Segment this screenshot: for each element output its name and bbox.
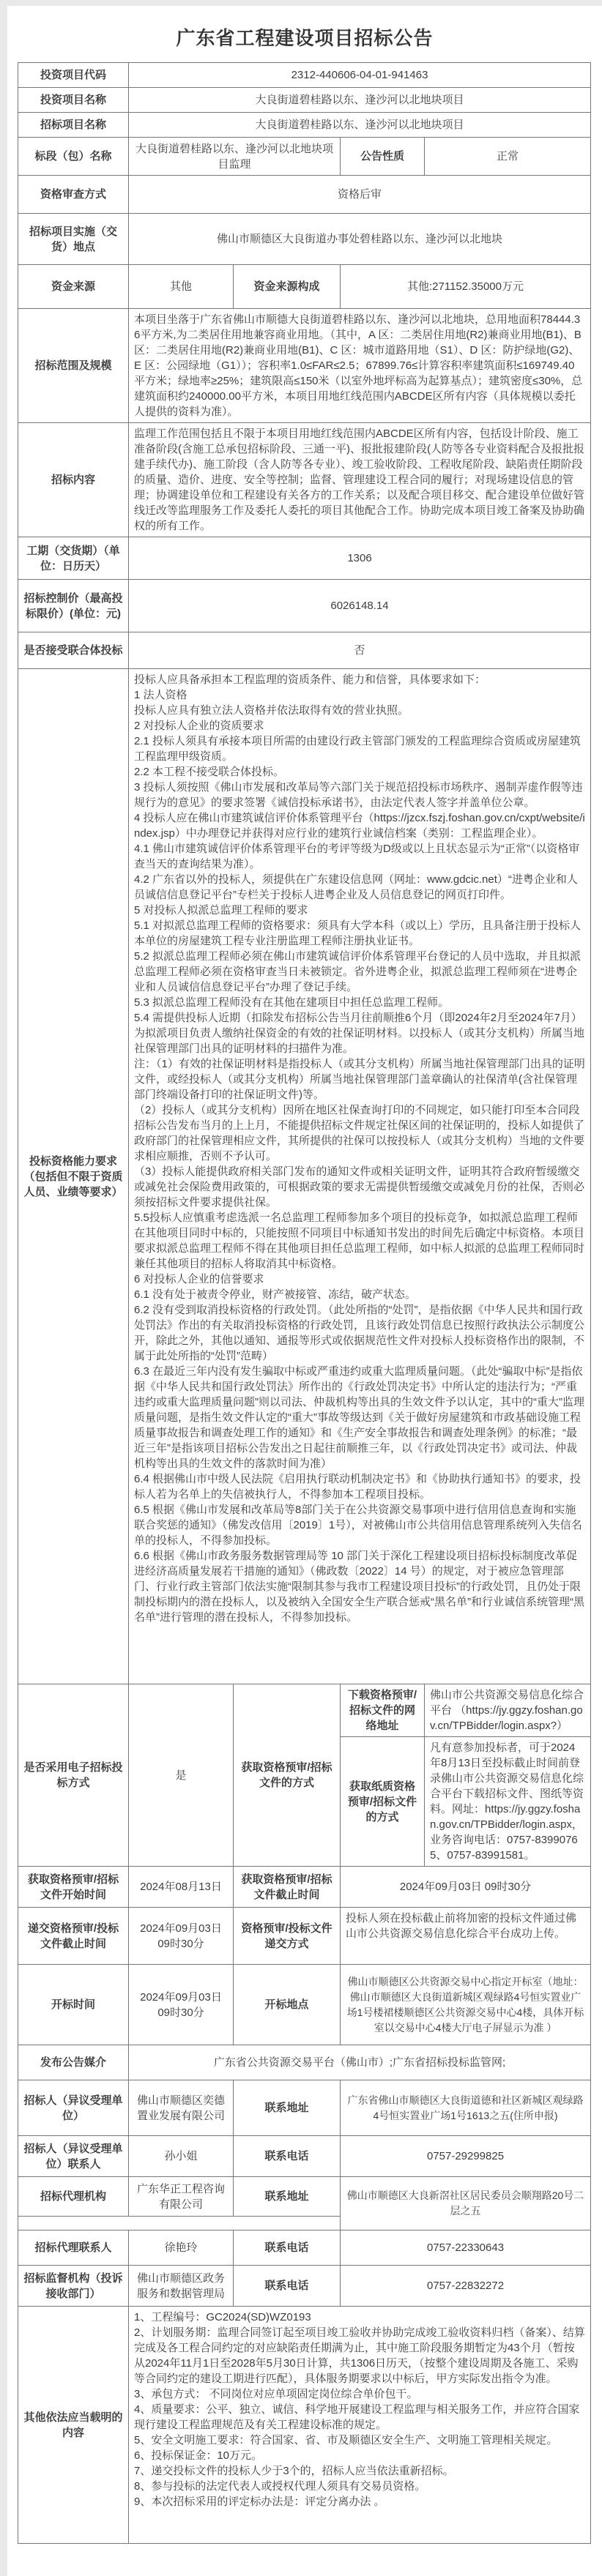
tenderer-tel-value: 0757-29299825: [341, 2136, 591, 2177]
submit-method-label: 资格预审/投标文件递交方式: [234, 1908, 341, 1965]
agency-tel-value: 0757-22330643: [341, 2230, 591, 2266]
e-bidding-label: 是否采用电子招标投标方式: [18, 1684, 129, 1867]
qualification-review-value: 资格后审: [129, 176, 591, 214]
scope-label: 招标范围及规模: [18, 309, 129, 423]
agency-contact-label: 招标代理联系人: [18, 2230, 129, 2266]
submit-deadline-label: 递交资格预审/投标文件截止时间: [18, 1908, 129, 1965]
other-content-value: 1、工程编号：GC2024(SD)WZ0193 2、计划服务期：监理合同签订起至…: [129, 2307, 591, 2544]
agency-tel-label: 联系电话: [234, 2230, 341, 2266]
tender-name-label: 招标项目名称: [18, 113, 129, 138]
control-price-label: 招标控制价（最高投标限价）(单位：元): [18, 580, 129, 632]
tenderer-contact-label: 招标人（异议受理单位）联系人: [18, 2136, 129, 2177]
agency-addr-label: 联系地址: [234, 2177, 341, 2217]
location-label: 招标项目实施（交货）地点: [18, 214, 129, 265]
qualification-req-value: 投标人应具备承担本工程监理的资质条件、能力和信誉，具体要求如下： 1 法人资格 …: [129, 669, 591, 1684]
agency-label: 招标代理机构: [18, 2177, 129, 2217]
section-label: 标段（包）名称: [18, 138, 129, 176]
tenderer-tel-label: 联系电话: [234, 2136, 341, 2177]
supervisor-label: 招标监督机构（投诉接收部门）: [18, 2266, 129, 2307]
doc-start-label: 获取资格预审/招标文件开始时间: [18, 1867, 129, 1908]
project-code-label: 投资项目代码: [18, 63, 129, 88]
opening-time-value: 2024年09月03日 09时30分: [129, 1965, 234, 2045]
tenderer-label: 招标人（异议受理单位）: [18, 2080, 129, 2136]
invest-name-value: 大良街道碧桂路以东、逢沙河以北地块项目: [129, 88, 591, 113]
e-bidding-value: 是: [129, 1684, 234, 1867]
opening-place-label: 开标地点: [234, 1965, 341, 2045]
doc-end-value: 2024年09月03日 09时30分: [341, 1867, 591, 1908]
other-content-label: 其他依法应当载明的内容: [18, 2307, 129, 2544]
doc-end-label: 获取资格预审/招标文件截止时间: [234, 1867, 341, 1908]
supervisor-value: 佛山市顺德区政务服务和数据管理局: [129, 2266, 234, 2307]
page-title: 广东省工程建设项目招标公告: [7, 6, 602, 62]
notice-nature-label: 公告性质: [341, 138, 425, 176]
qualification-review-label: 资格审查方式: [18, 176, 129, 214]
supervisor-tel-label: 联系电话: [234, 2266, 341, 2307]
location-value: 佛山市顺德区大良街道办事处碧桂路以东、逢沙河以北地块: [129, 214, 591, 265]
tender-name-value: 大良街道碧桂路以东、逢沙河以北地块项目: [129, 113, 591, 138]
section-value: 大良街道碧桂路以东、逢沙河以北地块项目监理: [129, 138, 341, 176]
duration-value: 1306: [129, 537, 591, 580]
consortium-value: 否: [129, 632, 591, 669]
qualification-req-label: 投标资格能力要求（包括但不限于资质人员、业绩等要求）: [18, 669, 129, 1684]
fund-source-label: 资金来源: [18, 265, 129, 309]
content-value: 监理工作范围包括且不限于本项目用地红线范围内ABCDE区所有内容，包括设计阶段、…: [129, 423, 591, 537]
consortium-label: 是否接受联合体投标: [18, 632, 129, 669]
notice-nature-value: 正常: [425, 138, 591, 176]
control-price-value: 6026148.14: [129, 580, 591, 632]
agency-contact-value: 徐艳玲: [129, 2230, 234, 2266]
opening-place-value: 佛山市顺德区公共资源交易中心指定开标室（地址：佛山市顺德区大良街道新城区观绿路4…: [341, 1965, 591, 2045]
table-spacer: [18, 2217, 341, 2230]
agency-value: 广东华正工程咨询有限公司: [129, 2177, 234, 2217]
project-code-value: 2312-440606-04-01-941463: [129, 63, 591, 88]
tenderer-contact-value: 孙小姐: [129, 2136, 234, 2177]
tenderer-addr-label: 联系地址: [234, 2080, 341, 2136]
download-address-value: 佛山市公共资源交易信息化综合平台 （https://jy.ggzy.foshan…: [425, 1684, 591, 1737]
fund-composition-label: 资金来源构成: [234, 265, 341, 309]
submit-method-value: 投标人须在投标截止前将加密的投标文件通过佛山市公共资源交易信息化综合平台成功上传…: [341, 1908, 591, 1965]
announcement-table: 投资项目代码 2312-440606-04-01-941463 投资项目名称 大…: [18, 62, 591, 2544]
doc-method-label: 获取资格预审/招标文件的方式: [234, 1684, 341, 1867]
tenderer-value: 佛山市顺德区奕德置业发展有限公司: [129, 2080, 234, 2136]
invest-name-label: 投资项目名称: [18, 88, 129, 113]
supervisor-tel-value: 0757-22832272: [341, 2266, 591, 2307]
tenderer-addr-value: 广东省佛山市顺德区大良街道德和社区新城区观绿路4号恒实置业广场1号1613之五(…: [341, 2080, 591, 2136]
download-address-label: 下载资格预审/招标文件的网络地址: [341, 1684, 425, 1737]
announcement-page: 广东省工程建设项目招标公告 投资项目代码 2312-440606-04-01-9…: [7, 6, 602, 2576]
media-label: 发布公告媒介: [18, 2045, 129, 2080]
agency-addr-value: 佛山市顺德区大良新滘社区居民委员会顺翔路20号二层之五: [341, 2177, 591, 2230]
duration-label: 工期（交货期）（单位：日历天）: [18, 537, 129, 580]
media-value: 广东省公共资源交易平台（佛山市）;广东省招标投标监管网;: [129, 2045, 591, 2080]
fund-composition-value: 其他:271152.35000万元: [341, 265, 591, 309]
paper-method-label: 获取纸质资格预审/招标文件的方式: [341, 1737, 425, 1867]
submit-deadline-value: 2024年09月03日 09时30分: [129, 1908, 234, 1965]
opening-time-label: 开标时间: [18, 1965, 129, 2045]
scope-value: 本项目坐落于广东省佛山市顺德大良街道碧桂路以东、逢沙河以北地块，总用地面积784…: [129, 309, 591, 423]
paper-method-value: 凡有意参加投标者，可于2024年8月13日至投标截止时间前登录佛山市公共资源交易…: [425, 1737, 591, 1867]
doc-start-value: 2024年08月13日: [129, 1867, 234, 1908]
content-label: 招标内容: [18, 423, 129, 537]
fund-source-value: 其他: [129, 265, 234, 309]
